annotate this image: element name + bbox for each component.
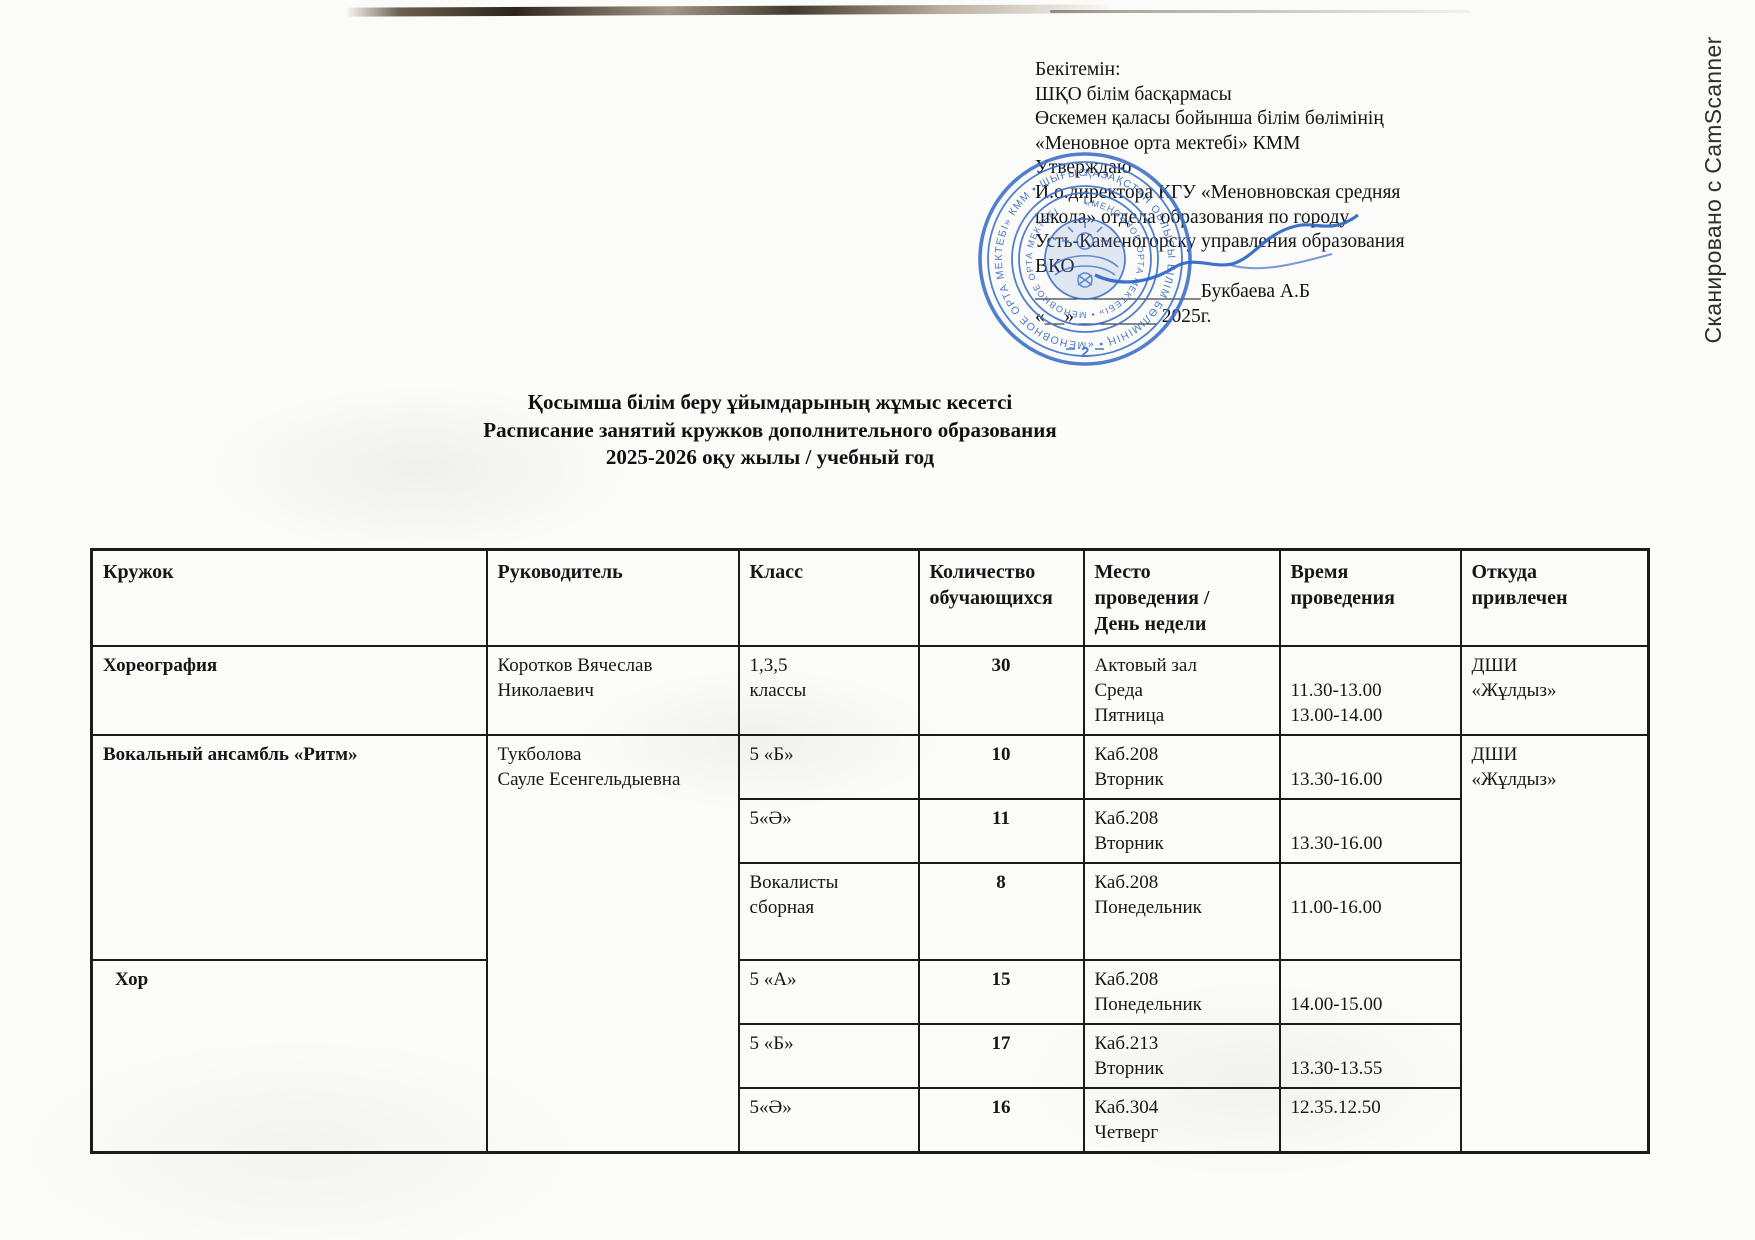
schedule-table: Кружок Руководитель Класс Количество обу… [90, 548, 1650, 1154]
title-line-year: 2025-2026 оқу жылы / учебный год [90, 444, 1450, 472]
cell-circle: Хореография [92, 646, 487, 735]
col-header-leader: Руководитель [487, 550, 739, 647]
col-header-place: Место проведения / День недели [1084, 550, 1280, 647]
cell-grade: 5 «Б» [739, 735, 919, 799]
cell-place: Каб.208 Понедельник [1084, 863, 1280, 960]
approval-line: ШҚО білім басқармасы [1035, 83, 1465, 108]
cell-time: 12.35.12.50 [1280, 1088, 1461, 1153]
approval-line: Бекітемін: [1035, 58, 1465, 83]
col-header-source: Откуда привлечен [1461, 550, 1649, 647]
cell-grade: 5«Ә» [739, 1088, 919, 1153]
cell-circle: Хор [92, 960, 487, 1153]
cell-leader: Тукболова Сауле Есенгельдыевна [487, 735, 739, 1153]
cell-grade: 5 «А» [739, 960, 919, 1024]
scan-artifact-line [1050, 10, 1470, 13]
col-header-time: Время проведения [1280, 550, 1461, 647]
cell-count: 8 [919, 863, 1084, 960]
cell-count: 15 [919, 960, 1084, 1024]
cell-place: Каб.208 Вторник [1084, 799, 1280, 863]
cell-source: ДШИ «Жұлдыз» [1461, 735, 1649, 1153]
cell-place: Каб.208 Понедельник [1084, 960, 1280, 1024]
cell-time: 13.30-16.00 [1280, 735, 1461, 799]
cell-place: Каб.213 Вторник [1084, 1024, 1280, 1088]
table-row: Хор 5 «А» 15 Каб.208 Понедельник 14.00-1… [92, 960, 1649, 1024]
cell-place: Каб.304 Четверг [1084, 1088, 1280, 1153]
cell-time: 13.30-16.00 [1280, 799, 1461, 863]
approval-line: Өскемен қаласы бойынша білім бөлімінің [1035, 107, 1465, 132]
scanned-document-page: Бекітемін: ШҚО білім басқармасы Өскемен … [0, 0, 1755, 1240]
stamp-number: 2 [1081, 344, 1089, 361]
cell-grade: 1,3,5 классы [739, 646, 919, 735]
table-row: Хореография Коротков Вячеслав Николаевич… [92, 646, 1649, 735]
scan-artifact-smudge [345, 4, 1115, 16]
col-header-circle: Кружок [92, 550, 487, 647]
col-header-count: Количество обучающихся [919, 550, 1084, 647]
title-line-russian: Расписание занятий кружков дополнительно… [90, 417, 1450, 445]
cell-time: 11.00-16.00 [1280, 863, 1461, 960]
cell-count: 10 [919, 735, 1084, 799]
document-title: Қосымша білім беру ұйымдарының жұмыс кес… [90, 389, 1450, 472]
cell-leader: Коротков Вячеслав Николаевич [487, 646, 739, 735]
header-row: Кружок Руководитель Класс Количество обу… [92, 550, 1649, 647]
cell-count: 17 [919, 1024, 1084, 1088]
table-row: Вокальный ансамбль «Ритм» Тукболова Саул… [92, 735, 1649, 799]
cell-count: 30 [919, 646, 1084, 735]
cell-source: ДШИ «Жұлдыз» [1461, 646, 1649, 735]
cell-time: 13.30-13.55 [1280, 1024, 1461, 1088]
cell-place: Каб.208 Вторник [1084, 735, 1280, 799]
cell-count: 16 [919, 1088, 1084, 1153]
camscanner-watermark: Сканировано с CamScanner [1700, 25, 1744, 355]
cell-count: 11 [919, 799, 1084, 863]
cell-time: 11.30-13.00 13.00-14.00 [1280, 646, 1461, 735]
cell-circle: Вокальный ансамбль «Ритм» [92, 735, 487, 960]
cell-grade: 5«Ә» [739, 799, 919, 863]
cell-grade: Вокалисты сборная [739, 863, 919, 960]
title-line-kazakh: Қосымша білім беру ұйымдарының жұмыс кес… [90, 389, 1450, 417]
cell-grade: 5 «Б» [739, 1024, 919, 1088]
signature-stroke [1095, 215, 1358, 282]
col-header-grade: Класс [739, 550, 919, 647]
cell-time: 14.00-15.00 [1280, 960, 1461, 1024]
handwritten-signature [1080, 193, 1380, 308]
cell-place: Актовый зал Среда Пятница [1084, 646, 1280, 735]
